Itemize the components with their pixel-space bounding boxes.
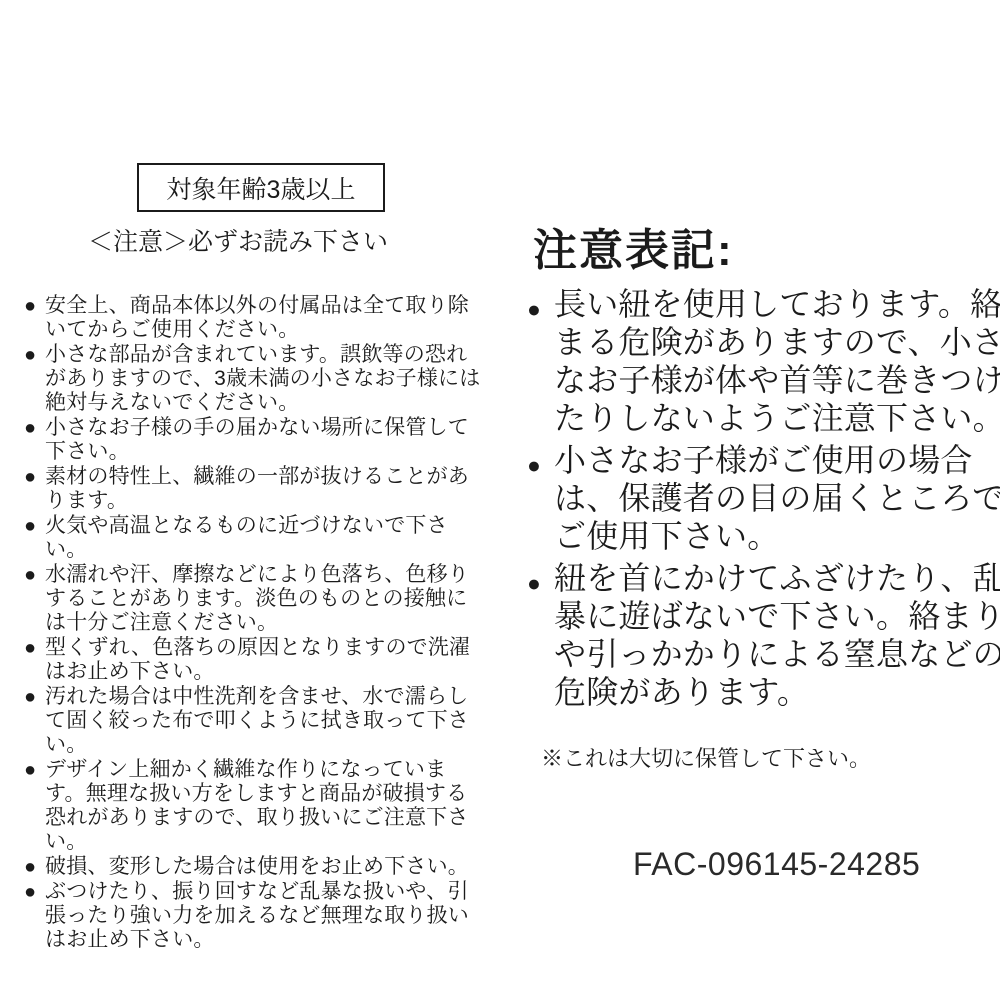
bullet-icon: ● xyxy=(24,685,36,709)
bullet-icon: ● xyxy=(24,758,36,782)
warning-item: ●汚れた場合は中性洗剤を含ませ、水で濡らして固く絞った布で叩くように拭き取って下… xyxy=(24,685,484,757)
warning-item: ●火気や高温となるものに近づけないで下さい。 xyxy=(24,514,484,562)
general-warnings-list: ●安全上、商品本体以外の付属品は全て取り除いてからご使用ください。 ●小さな部品… xyxy=(24,294,484,953)
warning-text: 小さなお子様の手の届かない場所に保管して下さい。 xyxy=(45,416,469,463)
warning-item: ●破損、変形した場合は使用をお止め下さい。 xyxy=(24,855,484,879)
warning-label-page: 対象年齢3歳以上 ＜注意＞必ずお読み下さい ●安全上、商品本体以外の付属品は全て… xyxy=(0,0,1000,1000)
warning-item: ●水濡れや汗、摩擦などにより色落ち、色移りすることがあります。淡色のものとの接触… xyxy=(24,563,484,635)
warning-item: ●デザイン上細かく繊維な作りになっています。無理な扱い方をしますと商品が破損する… xyxy=(24,758,484,854)
caution-item: ●紐を首にかけてふざけたり、乱暴に遊ばないで下さい。絡まりや引っかかりによる窒息… xyxy=(527,559,1000,711)
warning-text: 安全上、商品本体以外の付属品は全て取り除いてからご使用ください。 xyxy=(45,294,469,341)
bullet-icon: ● xyxy=(527,564,541,602)
bullet-icon: ● xyxy=(24,416,36,440)
bullet-icon: ● xyxy=(24,855,36,879)
caution-section-title: 注意表記: xyxy=(533,214,734,278)
warning-item: ●ぶつけたり、振り回すなど乱暴な扱いや、引張ったり強い力を加えるなど無理な取り扱… xyxy=(24,880,484,952)
warning-text: 水濡れや汗、摩擦などにより色落ち、色移りすることがあります。淡色のものとの接触に… xyxy=(45,563,469,634)
caution-text: 小さなお子様がご使用の場合は、保護者の目の届くところでご使用下さい。 xyxy=(554,442,1000,554)
warning-item: ●安全上、商品本体以外の付属品は全て取り除いてからご使用ください。 xyxy=(24,294,484,342)
bullet-icon: ● xyxy=(24,880,36,904)
warning-text: 素材の特性上、繊維の一部が抜けることがあります。 xyxy=(45,465,469,512)
bullet-icon: ● xyxy=(24,465,36,489)
bullet-icon: ● xyxy=(24,636,36,660)
read-notice-heading: ＜注意＞必ずお読み下さい xyxy=(88,222,388,258)
warning-item: ●小さな部品が含まれています。誤飲等の恐れがありますので、3歳未満の小さなお子様… xyxy=(24,343,484,415)
warning-text: 小さな部品が含まれています。誤飲等の恐れがありますので、3歳未満の小さなお子様に… xyxy=(45,343,480,414)
keep-safe-note: ※これは大切に保管して下さい。 xyxy=(541,742,871,773)
warning-text: 破損、変形した場合は使用をお止め下さい。 xyxy=(45,855,469,878)
bullet-icon: ● xyxy=(24,563,36,587)
caution-warnings-list: ●長い紐を使用しております。絡まる危険がありますので、小さなお子様が体や首等に巻… xyxy=(527,285,1000,715)
caution-item: ●小さなお子様がご使用の場合は、保護者の目の届くところでご使用下さい。 xyxy=(527,441,1000,555)
age-restriction-label: 対象年齢3歳以上 xyxy=(167,170,356,206)
bullet-icon: ● xyxy=(527,446,541,484)
warning-text: デザイン上細かく繊維な作りになっています。無理な扱い方をしますと商品が破損する恐… xyxy=(45,758,469,853)
caution-text: 紐を首にかけてふざけたり、乱暴に遊ばないで下さい。絡まりや引っかかりによる窒息な… xyxy=(554,560,1000,710)
warning-item: ●小さなお子様の手の届かない場所に保管して下さい。 xyxy=(24,416,484,464)
warning-text: 汚れた場合は中性洗剤を含ませ、水で濡らして固く絞った布で叩くように拭き取って下さ… xyxy=(45,685,469,756)
bullet-icon: ● xyxy=(527,290,541,328)
bullet-icon: ● xyxy=(24,294,36,318)
caution-item: ●長い紐を使用しております。絡まる危険がありますので、小さなお子様が体や首等に巻… xyxy=(527,285,1000,437)
bullet-icon: ● xyxy=(24,514,36,538)
warning-item: ●素材の特性上、繊維の一部が抜けることがあります。 xyxy=(24,465,484,513)
warning-item: ●型くずれ、色落ちの原因となりますので洗濯はお止め下さい。 xyxy=(24,636,484,684)
age-restriction-box: 対象年齢3歳以上 xyxy=(137,163,385,212)
warning-text: ぶつけたり、振り回すなど乱暴な扱いや、引張ったり強い力を加えるなど無理な取り扱い… xyxy=(45,880,469,951)
caution-text: 長い紐を使用しております。絡まる危険がありますので、小さなお子様が体や首等に巻き… xyxy=(554,286,1000,436)
warning-text: 型くずれ、色落ちの原因となりますので洗濯はお止め下さい。 xyxy=(45,636,470,683)
product-code: FAC-096145-24285 xyxy=(633,846,920,883)
bullet-icon: ● xyxy=(24,343,36,367)
warning-text: 火気や高温となるものに近づけないで下さい。 xyxy=(45,514,448,561)
